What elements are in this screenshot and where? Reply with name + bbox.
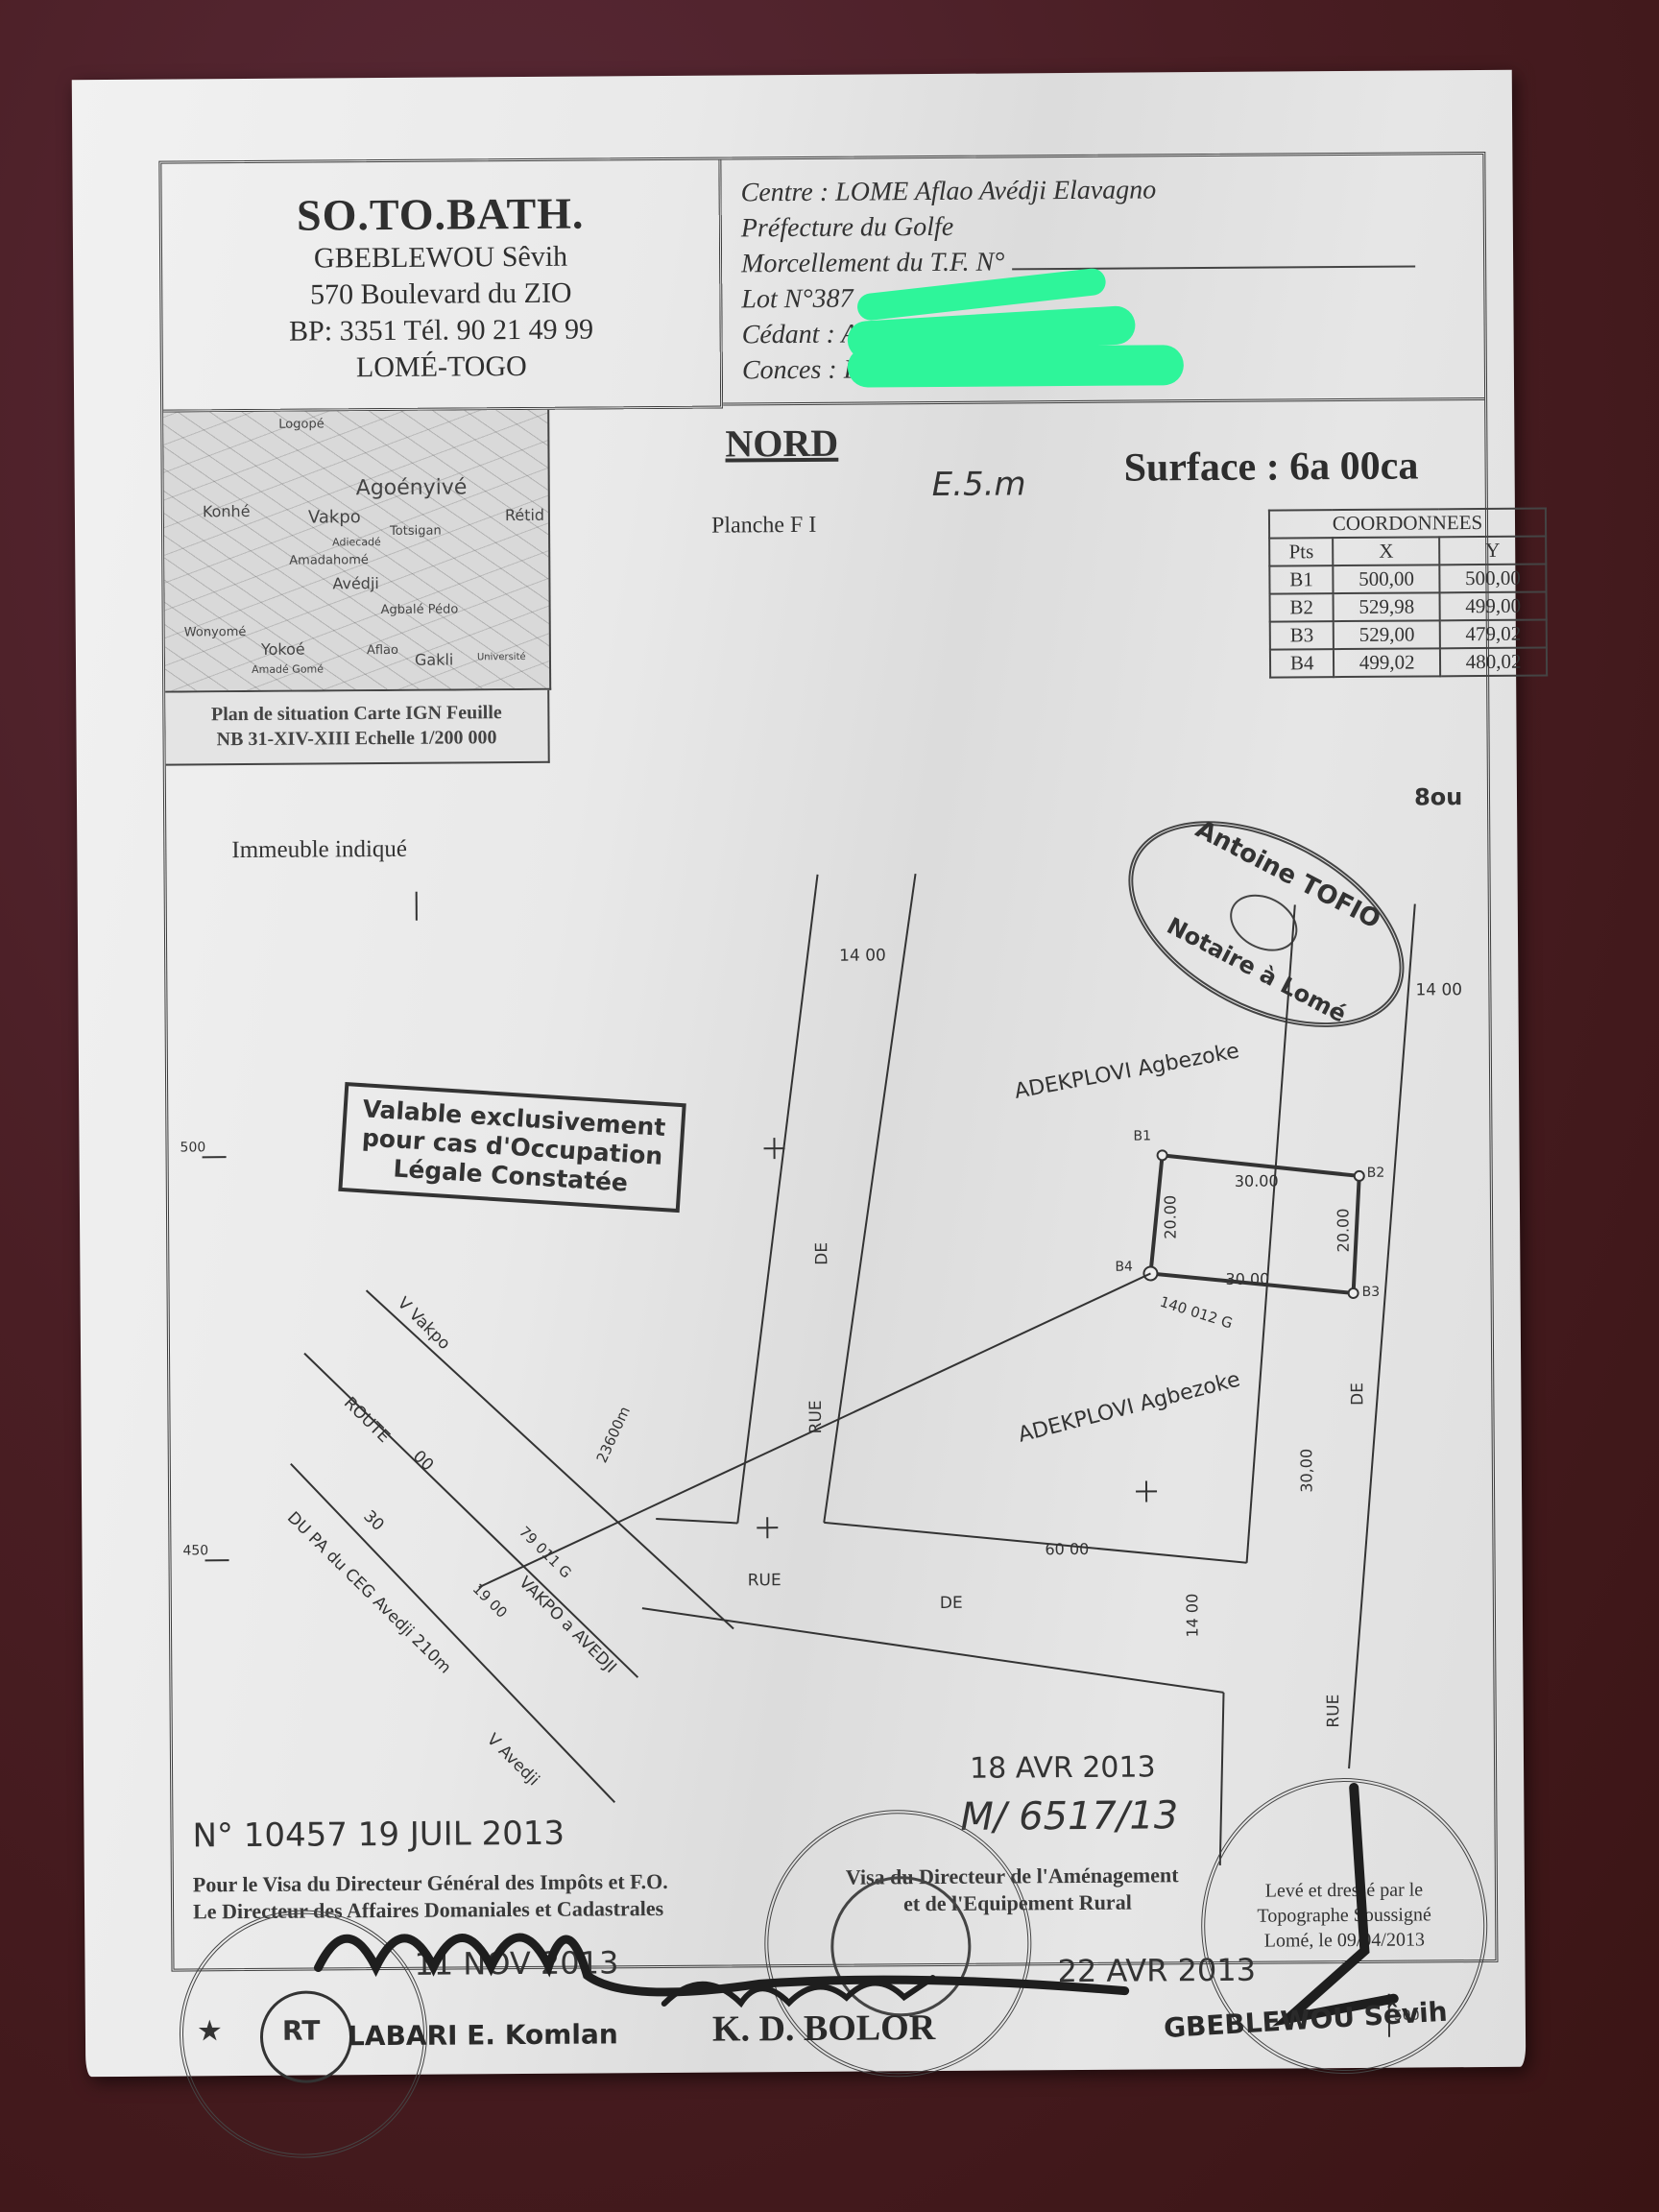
signatory-labari: LABARI E. Komlan xyxy=(348,2018,618,2052)
land-title-document: SO.TO.BATH. GBEBLEWOU Sêvih 570 Boulevar… xyxy=(72,70,1526,2077)
signatures xyxy=(161,155,1495,1969)
star-icon: ★ xyxy=(197,2014,223,2048)
document-frame: SO.TO.BATH. GBEBLEWOU Sêvih 570 Boulevar… xyxy=(158,152,1498,1972)
stamp-emblem-text: RT xyxy=(282,2015,321,2047)
signatory-bolor: K. D. BOLOR xyxy=(712,2007,936,2051)
